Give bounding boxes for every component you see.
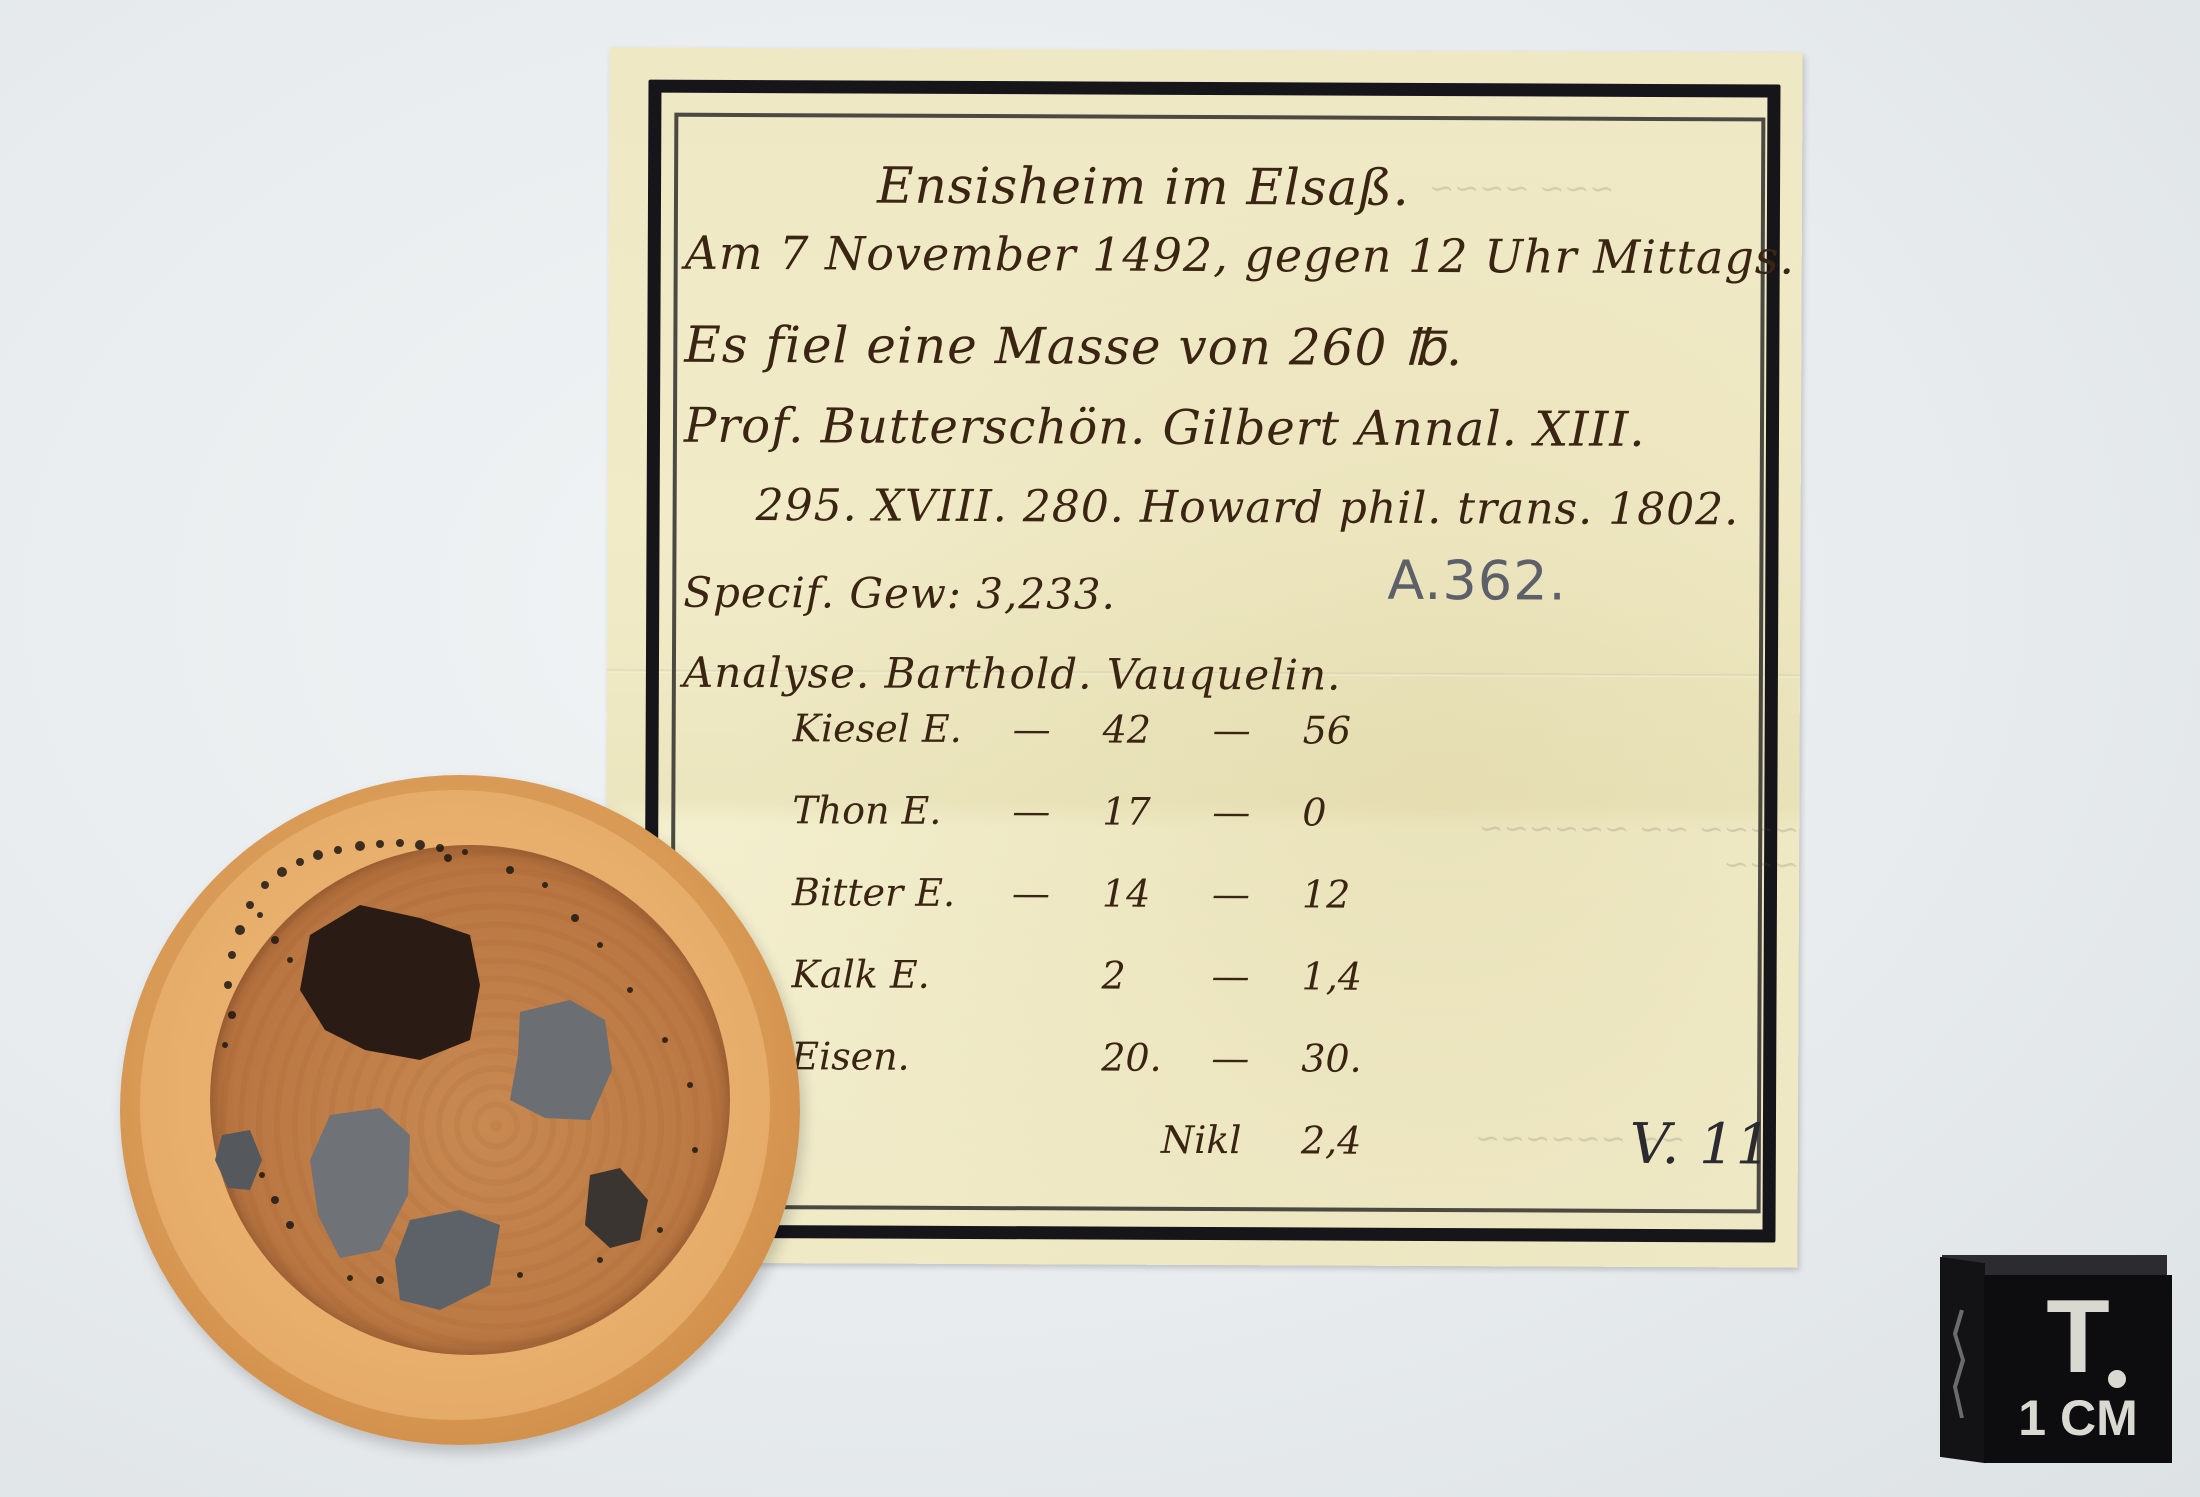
fragment-stone — [395, 1210, 500, 1310]
cube-front-face: T 1 CM — [1984, 1275, 2172, 1463]
fragment-stone — [510, 1000, 612, 1120]
fragment-stone — [215, 1130, 262, 1190]
cube-letter: T — [1984, 1285, 2172, 1389]
zigzag-icon — [1952, 1309, 1966, 1421]
meteorite-fragments — [0, 0, 2200, 1497]
cube-side-face — [1940, 1257, 1985, 1463]
cube-scale-text: 1 CM — [1984, 1393, 2172, 1443]
fragment-stone — [585, 1168, 648, 1248]
cube-dot — [2108, 1370, 2126, 1388]
fragment-fusion-crust — [300, 905, 480, 1060]
fragment-stone — [310, 1108, 410, 1258]
scale-cube: T 1 CM — [1940, 1255, 2175, 1465]
